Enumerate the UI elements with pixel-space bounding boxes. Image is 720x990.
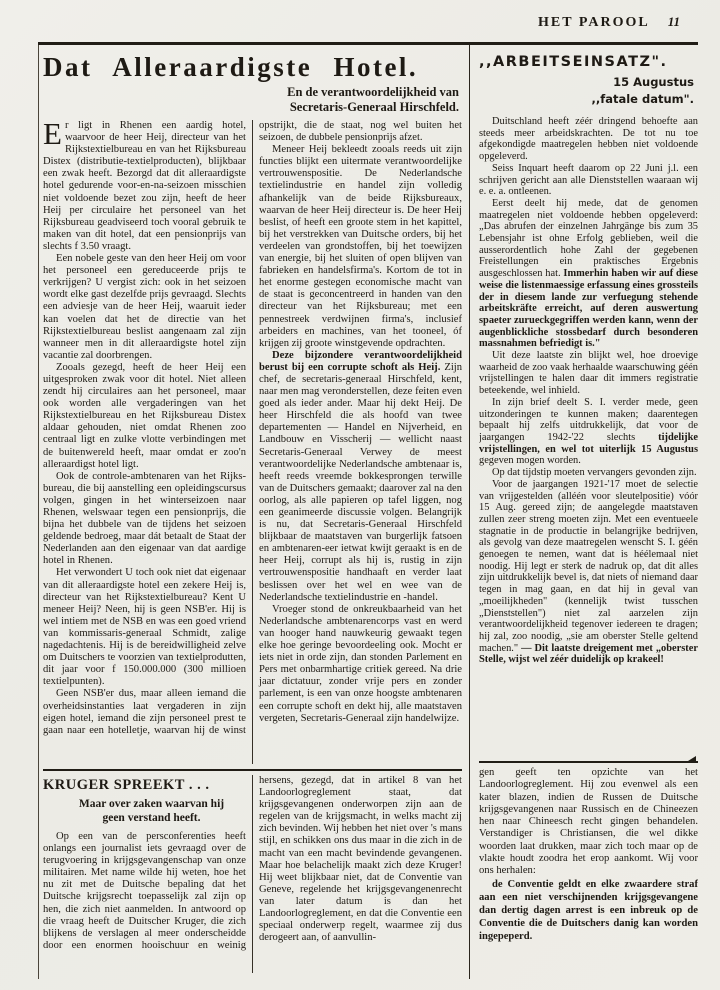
paragraph: Vroeger stond de onkreukbaarheid van het… bbox=[259, 604, 462, 725]
quote-bold: Immerhin haben wir auf diese weise die l… bbox=[479, 268, 698, 349]
hotel-article-headline: Dat Alleraardigste Hotel. bbox=[43, 52, 462, 83]
subtitle-line-1: Maar over zaken waarvan hij bbox=[61, 797, 242, 811]
arbeitseinsatz-subtitle: 15 Augustus ,,fatale datum". bbox=[479, 74, 698, 108]
paragraph: Seiss Inquart heeft daarom op 22 Juni j.… bbox=[479, 163, 698, 198]
hotel-article: Dat Alleraardigste Hotel. En de verantwo… bbox=[43, 52, 462, 764]
paragraph-with-emphasis: In zijn brief deelt S. I. verder mede, g… bbox=[479, 397, 698, 467]
arbeitseinsatz-article: ,,ARBEITSEINSATZ". 15 Augustus ,,fatale … bbox=[479, 54, 698, 756]
quote-intro: Eerst deelt hij mede, dat de genomen maa… bbox=[479, 198, 698, 279]
paragraph-intro: Voor de jaargangen 1921-'17 moet de sele… bbox=[479, 479, 698, 654]
right-region: ,,ARBEITSEINSATZ". 15 Augustus ,,fatale … bbox=[470, 45, 698, 979]
subtitle-line-1: En de verantwoordelijkheid van bbox=[43, 85, 459, 100]
masthead-title: HET PAROOL bbox=[538, 15, 650, 31]
subtitle-line-2: geen verstand heeft. bbox=[61, 811, 242, 825]
paragraph: Uit deze laatste zin blijkt wel, hoe dro… bbox=[479, 350, 698, 397]
paragraph-with-quote: Eerst deelt hij mede, dat de genomen maa… bbox=[479, 198, 698, 350]
newspaper-page: HET PAROOL 11 Dat Alleraardigste Hotel. … bbox=[0, 0, 720, 990]
left-region: Dat Alleraardigste Hotel. En de verantwo… bbox=[38, 45, 470, 979]
paragraph: Een nobele geste van den heer Heij om vo… bbox=[43, 253, 246, 362]
conclusion-paragraph: de Conventie geldt en elke zwaardere str… bbox=[479, 878, 698, 944]
section-divider bbox=[479, 761, 698, 763]
paragraph: Zooals gezegd, heeft de heer Heij een ui… bbox=[43, 362, 246, 471]
emphasis-lead: Deze bijzondere verantwoordelijkheid ber… bbox=[259, 350, 462, 373]
paragraph-emphasis: Deze bijzondere verantwoordelijkheid ber… bbox=[259, 350, 462, 604]
hotel-article-body: Er ligt in Rhenen een aardig hotel, waar… bbox=[43, 120, 462, 764]
paragraph: Op dat tijdstip moeten vervangers gevond… bbox=[479, 467, 698, 479]
section-divider bbox=[43, 769, 462, 771]
page-header: HET PAROOL 11 bbox=[38, 14, 698, 40]
arbeitseinsatz-body: Duitschland heeft zéér dringend behoefte… bbox=[479, 116, 698, 756]
paragraph: Duitschland heeft zéér dringend behoefte… bbox=[479, 116, 698, 163]
emphasis-rest: Zijn chef, de secretaris-generaal Hirsch… bbox=[259, 362, 462, 603]
paragraph-tail: gegeven mogen worden. bbox=[479, 455, 581, 466]
hotel-article-subtitle: En de verantwoordelijkheid van Secretari… bbox=[43, 85, 462, 115]
kruger-article-headline: KRUGER SPREEKT . . . bbox=[43, 777, 246, 794]
kruger-article-subtitle: Maar over zaken waarvan hij geen verstan… bbox=[61, 797, 242, 825]
subtitle-line: ,,fatale datum". bbox=[479, 91, 694, 108]
paragraph: Het verwondert U toch ook niet dat eigen… bbox=[43, 567, 246, 688]
page-number: 11 bbox=[668, 14, 680, 30]
paragraph: Meneer Heij bekleedt zooals reeds uit zi… bbox=[259, 144, 462, 350]
kruger-article-right: gen geeft ten opzichte van het Landoorlo… bbox=[479, 767, 698, 967]
subtitle-line-2: Secretaris-Generaal Hirschfeld. bbox=[43, 100, 459, 115]
page-body: Dat Alleraardigste Hotel. En de verantwo… bbox=[38, 45, 698, 979]
arbeitseinsatz-headline: ,,ARBEITSEINSATZ". bbox=[479, 54, 698, 70]
kruger-article-left: KRUGER SPREEKT . . . Maar over zaken waa… bbox=[43, 775, 462, 973]
paragraph: Ook de controle-ambtenaren van het Rijks… bbox=[43, 471, 246, 568]
rule-arrow-icon bbox=[688, 756, 696, 761]
paragraph-with-emphasis: Voor de jaargangen 1921-'17 moet de sele… bbox=[479, 479, 698, 666]
date-line: 15 Augustus bbox=[479, 74, 694, 91]
paragraph: Er ligt in Rhenen een aardig hotel, waar… bbox=[43, 120, 246, 253]
paragraph: gen geeft ten opzichte van het Landoorlo… bbox=[479, 767, 698, 878]
